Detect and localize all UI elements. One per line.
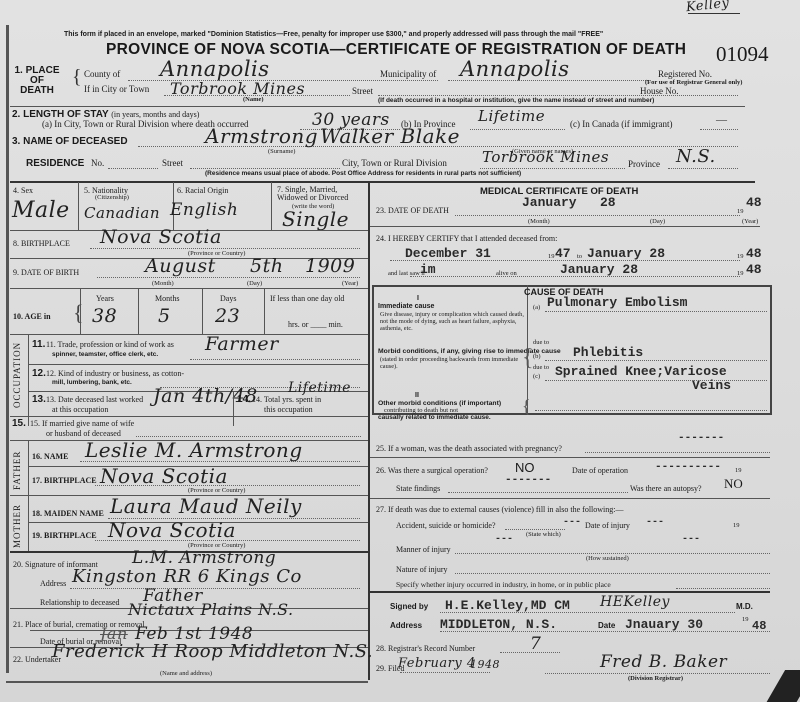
findings-label: State findings bbox=[396, 484, 440, 493]
dod-month: January bbox=[522, 195, 577, 210]
registrar-signature: Fred B. Baker bbox=[600, 652, 727, 672]
cell-divider bbox=[271, 182, 272, 230]
q26-value: NO bbox=[515, 460, 535, 475]
hrs-min-label: hrs. or ____ min. bbox=[288, 320, 343, 329]
house-no-label: House No. bbox=[640, 86, 679, 96]
province-line bbox=[668, 168, 738, 169]
dob-year-note: (Year) bbox=[342, 280, 358, 287]
accident-label: Accident, suicide or homicide? bbox=[396, 521, 496, 530]
county-label: County of bbox=[84, 69, 120, 79]
findings-line bbox=[448, 492, 628, 493]
undertaker-note: (Name and address) bbox=[160, 670, 212, 677]
other-morbid-note-2: causally related to immediate cause. bbox=[378, 414, 491, 421]
injury-date-value: --- bbox=[646, 517, 664, 528]
informant-address-line bbox=[70, 588, 360, 589]
cause-a-line bbox=[545, 311, 767, 312]
cause-b-line bbox=[545, 360, 767, 361]
total-yrs-value: Lifetime bbox=[288, 380, 351, 396]
filed-date-value: February 4 bbox=[398, 656, 476, 671]
section-divider bbox=[10, 181, 755, 183]
age-days-value: 23 bbox=[215, 305, 240, 327]
city-value: Torbrook Mines bbox=[170, 79, 305, 98]
registered-no-note: (For use of Registrar General only) bbox=[645, 79, 742, 86]
q26-label: 26. Was there a surgical operation? bbox=[376, 466, 488, 475]
father-birthplace-note: (Province or Country) bbox=[188, 487, 245, 494]
mother-birthplace-value: Nova Scotia bbox=[108, 518, 236, 542]
marital-value: Single bbox=[282, 207, 349, 231]
cause-a-label: (a) bbox=[533, 304, 540, 311]
age-years-value: 38 bbox=[92, 305, 117, 327]
length-of-stay-note: (in years, months and days) bbox=[111, 110, 199, 119]
place-of-death-text: 1. PLACE OF DEATH bbox=[12, 66, 62, 96]
attended-line bbox=[390, 260, 740, 261]
father-side-divider bbox=[28, 440, 29, 495]
divider bbox=[370, 457, 770, 458]
signed-year-prefix: 19 bbox=[742, 616, 749, 623]
cause-a-value: Pulmonary Embolism bbox=[547, 295, 687, 310]
accident-line bbox=[505, 529, 565, 530]
from-year-prefix: 19 bbox=[548, 253, 555, 260]
cause-c-label: (c) bbox=[533, 373, 540, 380]
surname-note: (Surname) bbox=[268, 148, 295, 155]
brace-icon: { bbox=[522, 345, 534, 372]
residence-label: RESIDENCE bbox=[26, 158, 84, 169]
spouse-label-2: or husband of deceased bbox=[46, 429, 121, 438]
last-worked-label-2: at this occupation bbox=[52, 405, 108, 414]
stay-province-value: Lifetime bbox=[478, 107, 545, 125]
residence-street-label: Street bbox=[162, 158, 183, 168]
dod-month-note: (Month) bbox=[528, 218, 550, 225]
age-months-value: 5 bbox=[158, 305, 171, 327]
state-which-note: (State which) bbox=[526, 531, 561, 538]
trade-examples: spinner, teamster, office clerk, etc. bbox=[52, 351, 158, 358]
cause-c-line bbox=[545, 380, 767, 381]
divider bbox=[10, 334, 368, 335]
father-name-label: 16. NAME bbox=[32, 452, 68, 461]
racial-origin-value: English bbox=[170, 200, 238, 220]
sex-label: 4. Sex bbox=[13, 186, 33, 195]
father-name-value: Leslie M. Armstrong bbox=[85, 438, 303, 462]
divider bbox=[10, 416, 368, 417]
to-label: to bbox=[577, 253, 582, 260]
record-number-value: 7 bbox=[530, 634, 541, 654]
province-label: Province bbox=[628, 159, 660, 169]
mother-side-label: MOTHER bbox=[12, 504, 22, 548]
attended-from-date: December 31 bbox=[405, 246, 491, 261]
signed-by-value: H.E.Kelley,MD CM bbox=[445, 598, 570, 613]
cause-b-label: (b) bbox=[533, 353, 541, 360]
spouse-number: 15. bbox=[12, 418, 26, 429]
certify-label: 24. I HEREBY CERTIFY that I attended dec… bbox=[376, 234, 557, 243]
brace-icon: { bbox=[72, 66, 82, 89]
dob-label: 9. DATE OF BIRTH bbox=[13, 268, 79, 277]
how-sustained-note: (How sustained) bbox=[586, 555, 629, 562]
injury-date-label: Date of injury bbox=[585, 521, 630, 530]
residence-note: (Residence means usual place of abode. P… bbox=[205, 170, 521, 177]
q25-line bbox=[585, 452, 770, 453]
section-two-label: II bbox=[415, 392, 419, 399]
residence-city-value: Torbrook Mines bbox=[482, 148, 609, 166]
cell-divider bbox=[138, 288, 139, 334]
occupation-side-label: OCCUPATION bbox=[12, 342, 22, 408]
age-label: 10. AGE in bbox=[13, 312, 51, 321]
attended-to-year: 48 bbox=[746, 246, 762, 261]
cell-divider bbox=[202, 288, 203, 334]
autopsy-label: Was there an autopsy? bbox=[630, 484, 702, 493]
manner-value: --- bbox=[495, 534, 513, 545]
age-months-label: Months bbox=[155, 294, 179, 303]
manner-line bbox=[455, 553, 770, 554]
registered-no-label: Registered No. bbox=[658, 69, 712, 79]
stay-canada-label: (c) In Canada (if immigrant) bbox=[570, 119, 672, 129]
stay-canada-line bbox=[700, 129, 738, 130]
dob-day: 5th bbox=[250, 255, 283, 277]
signed-by-label: Signed by bbox=[390, 602, 428, 611]
total-yrs-label-2: this occupation bbox=[264, 405, 313, 414]
injury-year-prefix: 19 bbox=[733, 522, 740, 529]
stay-canada-value: — bbox=[716, 114, 727, 126]
due-to-1: due to bbox=[533, 339, 549, 346]
page-corner-shadow bbox=[765, 670, 800, 702]
deceased-label: 3. NAME OF DECEASED bbox=[12, 136, 128, 147]
brace-icon: { bbox=[522, 396, 531, 417]
industry-label: 12. Kind of industry or business, as cot… bbox=[46, 369, 184, 378]
other-morbid-line bbox=[535, 410, 767, 411]
cause-c-value: Sprained Knee;Varicose bbox=[555, 364, 727, 379]
divider bbox=[10, 288, 368, 289]
last-saw-line bbox=[410, 276, 740, 277]
filed-line bbox=[400, 672, 490, 673]
specify-label: Specify whether injury occurred in indus… bbox=[396, 580, 611, 589]
residence-city-line bbox=[480, 168, 625, 169]
trade-number: 11. bbox=[32, 339, 45, 350]
registrar-line bbox=[545, 673, 770, 674]
total-yrs-label: 14. Total yrs. spent in bbox=[252, 395, 321, 404]
dod-day-note: (Day) bbox=[650, 218, 665, 225]
dob-month-note: (Month) bbox=[152, 280, 174, 287]
signer-address-value: MIDDLETON, N.S. bbox=[440, 617, 557, 632]
divider bbox=[370, 226, 760, 227]
informant-signature-value: L.M. Armstrong bbox=[132, 548, 276, 568]
other-morbid-label: Other morbid conditions (if important) bbox=[378, 400, 501, 407]
dod-year: 48 bbox=[746, 195, 762, 210]
county-value: Annapolis bbox=[160, 57, 270, 81]
cell-divider bbox=[264, 288, 265, 334]
divider bbox=[28, 364, 368, 365]
nationality-value: Canadian bbox=[84, 204, 160, 222]
brace-icon: { bbox=[73, 300, 84, 326]
alive-on-date: January 28 bbox=[560, 262, 638, 277]
trade-value: Farmer bbox=[205, 333, 279, 355]
total-yrs-number: 14. bbox=[237, 394, 251, 405]
last-worked-label: 13. Date deceased last worked bbox=[46, 395, 143, 404]
informant-address-label: Address bbox=[40, 579, 66, 588]
attended-from-year: 47 bbox=[555, 246, 571, 261]
residence-no-line bbox=[108, 168, 158, 169]
cell-divider bbox=[233, 391, 234, 426]
divider bbox=[370, 591, 770, 593]
q27-label: 27. If death was due to external causes … bbox=[376, 505, 623, 514]
dod-line bbox=[455, 215, 740, 216]
accident-value: --- bbox=[563, 517, 581, 528]
residence-street-line bbox=[190, 168, 340, 169]
street-label: Street bbox=[352, 86, 373, 96]
last-worked-number: 13. bbox=[32, 394, 46, 405]
q25-value: ------- bbox=[678, 432, 724, 444]
father-birthplace-label: 17. BIRTHPLACE bbox=[32, 476, 97, 485]
birthplace-value: Nova Scotia bbox=[100, 226, 222, 248]
to-year-prefix: 19 bbox=[737, 253, 744, 260]
q25-label: 25. If a woman, was the death associated… bbox=[376, 444, 562, 453]
cause-b-value: Phlebitis bbox=[573, 345, 643, 360]
dob-month: August bbox=[145, 255, 216, 277]
less-than-day-label: If less than one day old bbox=[270, 294, 344, 303]
immediate-cause-note: Give disease, injury or complication whi… bbox=[380, 311, 524, 332]
findings-value: ------- bbox=[505, 474, 551, 486]
birthplace-label: 8. BIRTHPLACE bbox=[13, 239, 70, 248]
trade-line bbox=[190, 359, 360, 360]
certificate-number: 01094 bbox=[716, 42, 769, 67]
registrar-note: (Division Registrar) bbox=[628, 675, 683, 682]
dob-day-note: (Day) bbox=[247, 280, 262, 287]
dod-year-prefix: 19 bbox=[737, 208, 744, 215]
municipality-label: Municipality of bbox=[380, 69, 436, 79]
residence-no-label: No. bbox=[91, 158, 104, 168]
racial-origin-label: 6. Racial Origin bbox=[177, 186, 228, 195]
municipality-value: Annapolis bbox=[460, 57, 570, 81]
street-line bbox=[378, 95, 738, 96]
mother-side-divider bbox=[28, 495, 29, 551]
immediate-cause-label: Immediate cause bbox=[378, 303, 434, 310]
sex-value: Male bbox=[12, 198, 70, 223]
dob-year: 1909 bbox=[305, 255, 355, 277]
manner-label: Manner of injury bbox=[396, 545, 451, 554]
nature-line bbox=[455, 573, 770, 574]
birthplace-line bbox=[90, 248, 360, 249]
morbid-note: (stated in order proceeding backwards fr… bbox=[380, 356, 524, 370]
dod-label: 23. DATE OF DEATH bbox=[376, 206, 449, 215]
nationality-note: (Citizenship) bbox=[95, 194, 129, 201]
occupation-side-divider bbox=[28, 334, 29, 426]
record-number-label: 28. Registrar's Record Number bbox=[376, 644, 475, 653]
undertaker-value: Frederick H Roop Middleton N.S. bbox=[52, 641, 373, 662]
city-label: If in City or Town bbox=[84, 84, 149, 94]
city-name-note: (Name) bbox=[243, 96, 264, 103]
mother-maiden-value: Laura Maud Neily bbox=[110, 494, 302, 518]
filed-year-value: 1948 bbox=[470, 658, 500, 671]
left-border bbox=[6, 25, 9, 673]
signer-address-line bbox=[440, 631, 770, 632]
manner-value-2: --- bbox=[682, 534, 700, 545]
alive-year: 48 bbox=[746, 262, 762, 277]
dod-day: 28 bbox=[600, 195, 616, 210]
industry-number: 12. bbox=[32, 368, 46, 379]
due-to-2: due to bbox=[533, 364, 549, 371]
dod-year-note: (Year) bbox=[742, 218, 758, 225]
md-label: M.D. bbox=[736, 602, 753, 611]
physician-signature: HEKelley bbox=[600, 594, 670, 610]
burial-place-value: Nictaux Plains N.S. bbox=[128, 600, 294, 619]
attended-to-date: January 28 bbox=[587, 246, 665, 261]
bottom-border bbox=[6, 681, 368, 683]
age-days-label: Days bbox=[220, 294, 236, 303]
spouse-line bbox=[136, 436, 361, 437]
nature-label: Nature of injury bbox=[396, 565, 448, 574]
autopsy-value: NO bbox=[724, 476, 743, 492]
spouse-label: 15. If married give name of wife bbox=[30, 419, 134, 428]
informant-address-value: Kingston RR 6 Kings Co bbox=[72, 566, 302, 587]
deceased-given-names: Walker Blake bbox=[320, 124, 460, 148]
industry-examples: mill, lumbering, bank, etc. bbox=[52, 379, 132, 386]
op-year-prefix: 19 bbox=[735, 467, 742, 474]
specify-line bbox=[676, 588, 770, 589]
divider bbox=[10, 106, 745, 107]
section-one-label: I bbox=[417, 295, 419, 302]
signed-date-value: Jnauary 30 bbox=[625, 617, 703, 632]
dob-line bbox=[97, 277, 360, 278]
marital-label: 7. Single, Married, Widowed or Divorced bbox=[277, 186, 367, 202]
mother-birthplace-label: 19. BIRTHPLACE bbox=[32, 531, 97, 540]
deceased-surname: Armstrong bbox=[205, 124, 318, 148]
father-side-label: FATHER bbox=[12, 451, 22, 490]
other-morbid-note-1: contributing to death but not bbox=[384, 407, 458, 414]
op-date-value: ---------- bbox=[655, 461, 721, 473]
annotation-underline bbox=[688, 13, 740, 14]
death-certificate-scan: Kelley This form if placed in an envelop… bbox=[0, 0, 800, 702]
cell-divider bbox=[80, 288, 81, 334]
age-years-label: Years bbox=[96, 294, 114, 303]
column-divider bbox=[368, 182, 370, 680]
mail-notice: This form if placed in an envelope, mark… bbox=[64, 31, 603, 38]
residence-city-label: City, Town or Rural Division bbox=[342, 158, 447, 168]
trade-label: 11. Trade, profession or kind of work as bbox=[46, 340, 174, 349]
last-saw-him: im bbox=[420, 262, 436, 277]
cell-divider bbox=[78, 182, 79, 230]
hospital-note: (If death occurred in a hospital or inst… bbox=[378, 97, 654, 104]
father-birthplace-value: Nova Scotia bbox=[100, 464, 228, 488]
relationship-label: Relationship to deceased bbox=[40, 598, 120, 607]
signer-address-label: Address bbox=[390, 621, 422, 630]
signed-by-line bbox=[440, 612, 735, 613]
province-value: N.S. bbox=[676, 146, 716, 167]
place-of-death-label: 1. PLACE OF DEATH bbox=[12, 66, 62, 96]
op-date-label: Date of operation bbox=[572, 466, 628, 475]
signed-date-label: Date bbox=[598, 621, 615, 630]
divider bbox=[370, 498, 770, 499]
stay-province-line bbox=[470, 129, 565, 130]
mother-maiden-label: 18. MAIDEN NAME bbox=[32, 509, 104, 518]
